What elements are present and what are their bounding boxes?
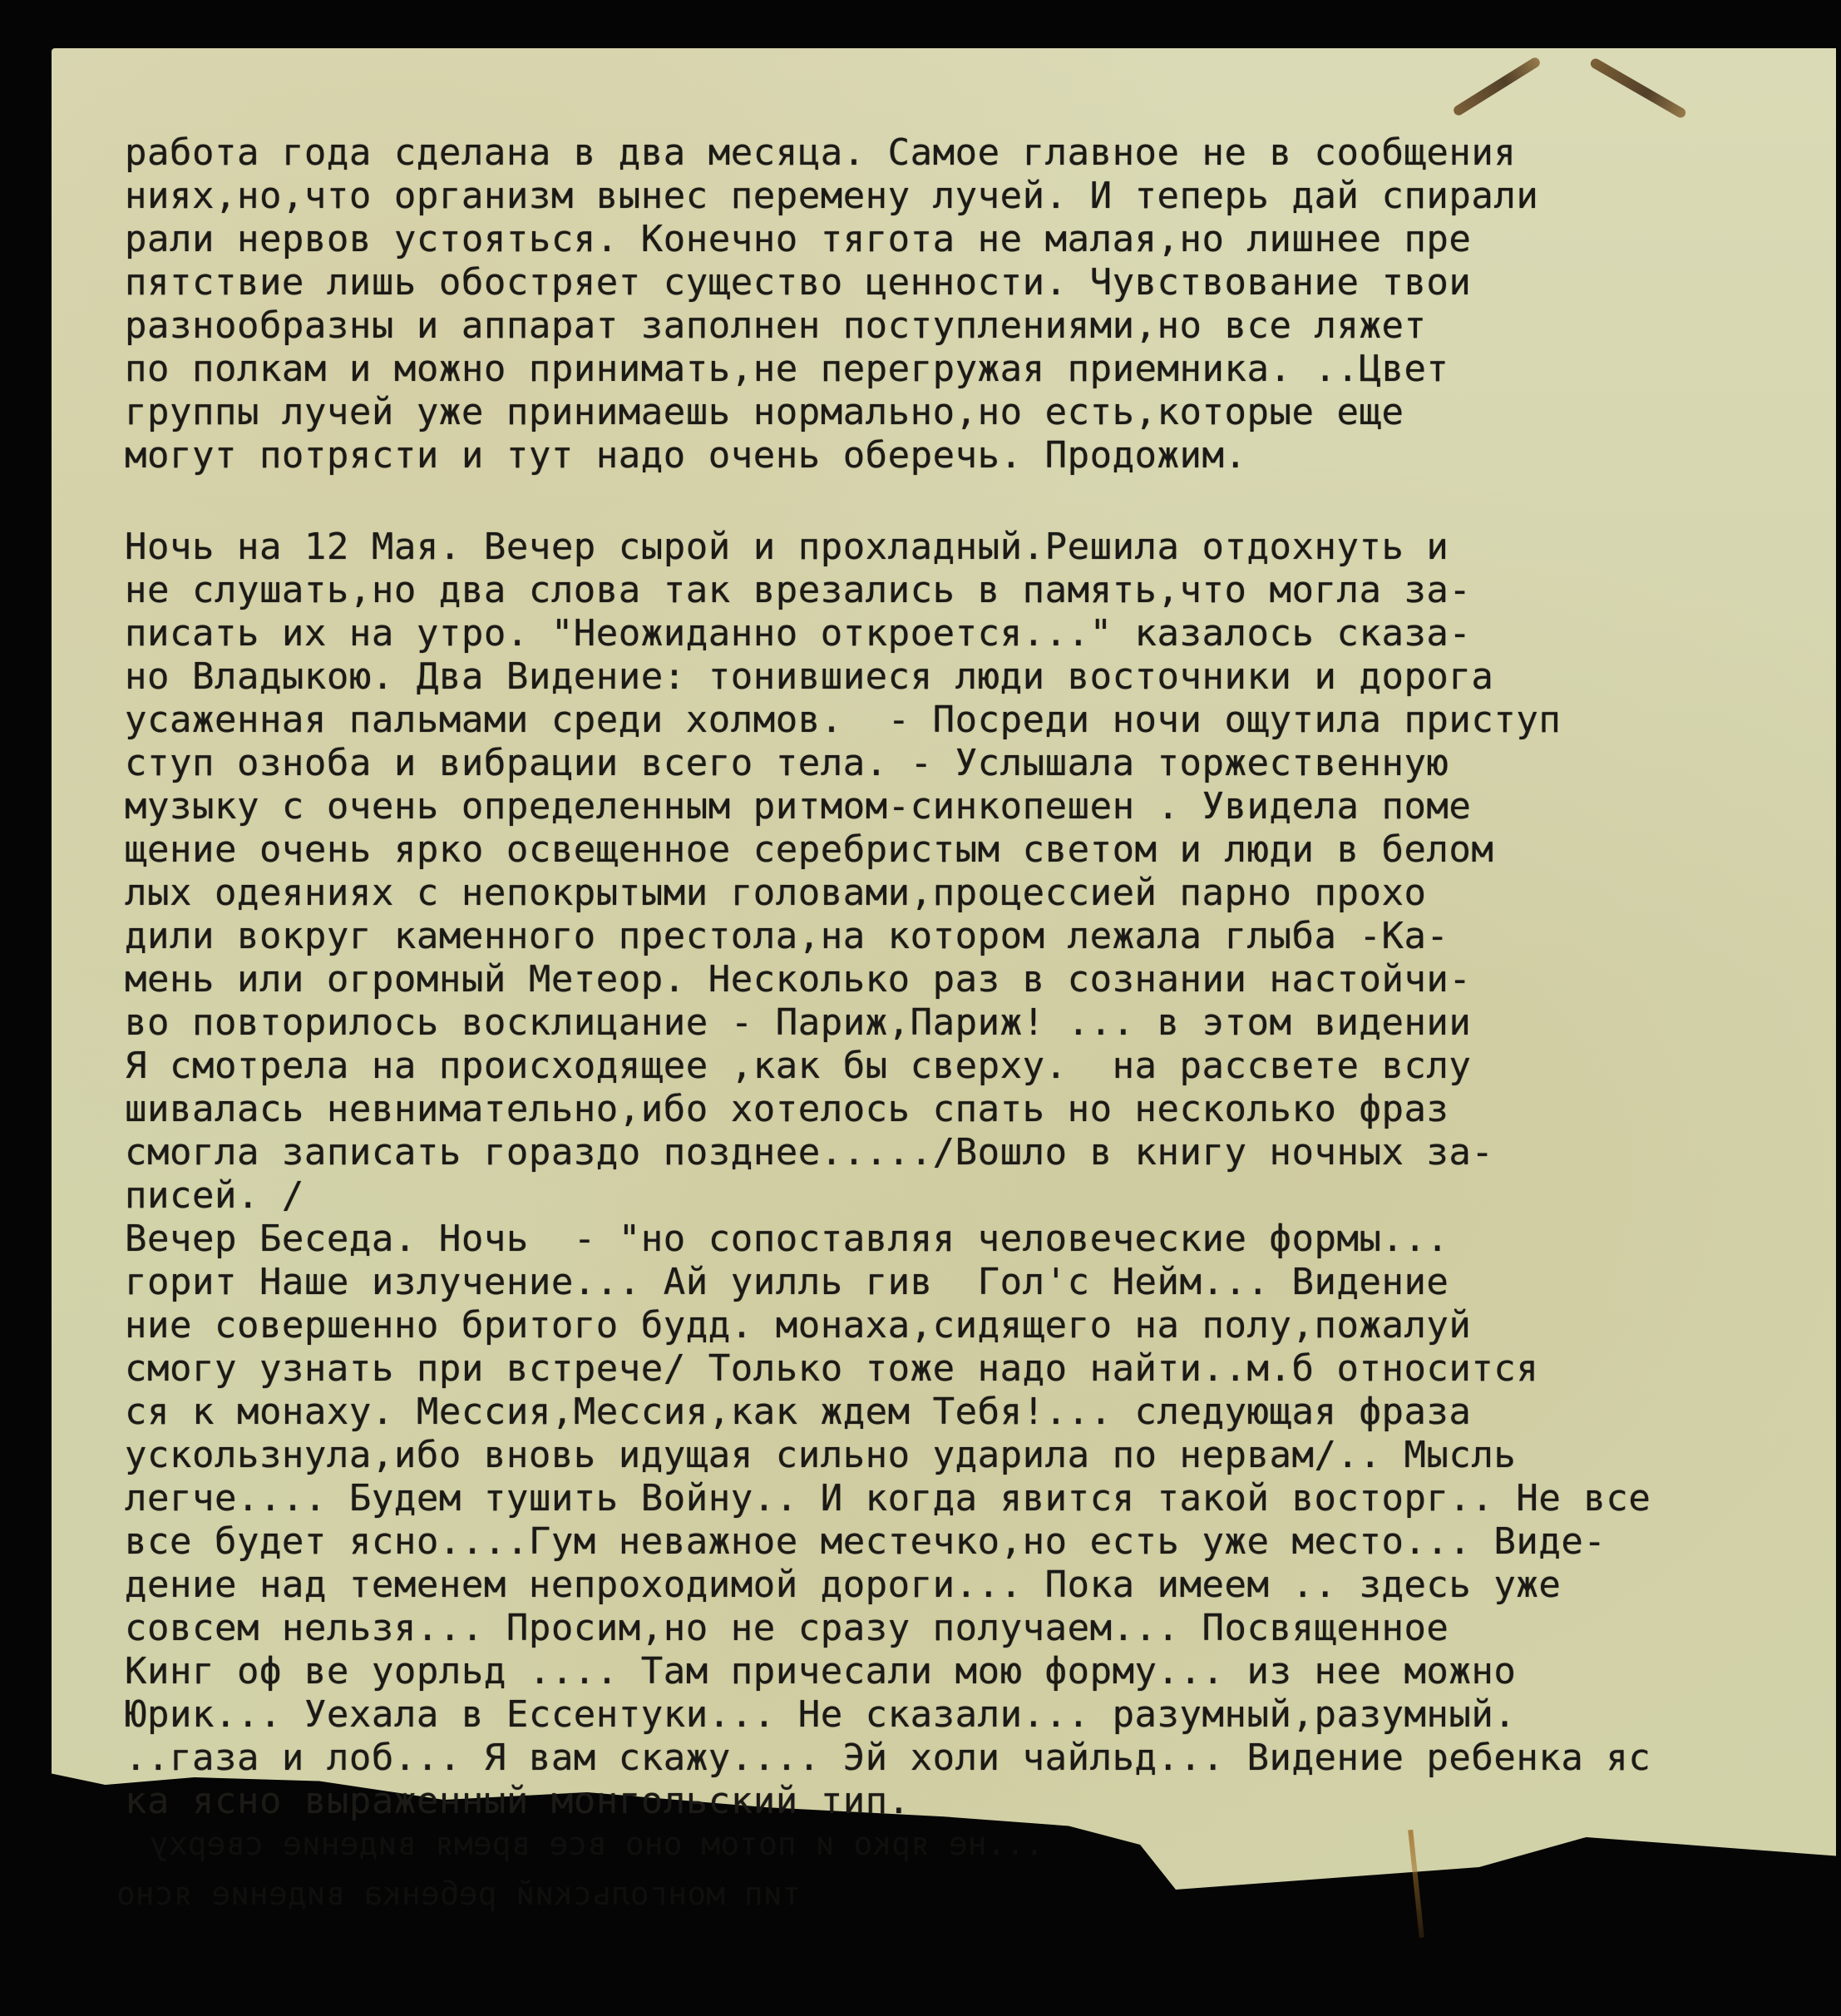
bleed-through-text-2: тип монгольский ребенка видение ясно <box>116 1875 802 1912</box>
text-line: группы лучей уже принимаешь нормально,но… <box>125 391 1788 434</box>
text-line: щение очень ярко освещенное серебристым … <box>125 828 1788 872</box>
text-line: писать их на утро. "Неожиданно откроется… <box>125 612 1788 655</box>
text-line: пятствие лишь обостряет существо ценност… <box>125 261 1788 304</box>
text-line: Кинг оф ве уорльд .... Там причесали мою… <box>125 1650 1788 1693</box>
text-line: могут потрясти и тут надо очень оберечь.… <box>125 434 1788 477</box>
text-line: Вечер Беседа. Ночь - "но сопоставляя чел… <box>125 1218 1788 1261</box>
text-line: работа года сделана в два месяца. Самое … <box>125 131 1788 175</box>
text-line: смогу узнать при встрече/ Только тоже на… <box>125 1347 1788 1391</box>
text-line: рали нервов устояться. Конечно тягота не… <box>125 218 1788 261</box>
text-line: Юрик... Уехала в Ессентуки... Не сказали… <box>125 1693 1788 1737</box>
text-line: лых одеяниях с непокрытыми головами,проц… <box>125 872 1788 915</box>
text-line: писей. / <box>125 1174 1788 1218</box>
text-line: музыку с очень определенным ритмом-синко… <box>125 785 1788 828</box>
text-line: во повторилось восклицание - Париж,Париж… <box>125 1001 1788 1045</box>
paragraph-1: работа года сделана в два месяца. Самое … <box>125 131 1788 477</box>
text-line: но Владыкою. Два Видение: тонившиеся люд… <box>125 655 1788 699</box>
text-line: ниях,но,что организм вынес перемену луче… <box>125 175 1788 218</box>
text-line: усаженная пальмами среди холмов. - Посре… <box>125 699 1788 742</box>
text-line: ка ясно выраженный монгольский тип. <box>125 1780 1788 1823</box>
text-line: ся к монаху. Мессия,Мессия,как ждем Тебя… <box>125 1391 1788 1434</box>
text-line: дение над теменем непроходимой дороги...… <box>125 1564 1788 1607</box>
text-line: разнообразны и аппарат заполнен поступле… <box>125 304 1788 348</box>
text-line: смогла записать гораздо позднее...../Вош… <box>125 1131 1788 1174</box>
text-line: горит Наше излучение... Ай уилль гив Гол… <box>125 1261 1788 1304</box>
text-line: ..газа и лоб... Я вам скажу.... Эй холи … <box>125 1737 1788 1780</box>
text-line: легче.... Будем тушить Войну.. И когда я… <box>125 1477 1788 1520</box>
text-line: все будет ясно....Гум неважное местечко,… <box>125 1520 1788 1564</box>
bleed-through-text-1: ...не ярко и потом оно все время видение… <box>150 1826 1044 1862</box>
typewritten-text: работа года сделана в два месяца. Самое … <box>125 131 1788 1823</box>
text-line: ступ озноба и вибрации всего тела. - Усл… <box>125 742 1788 785</box>
text-line: дили вокруг каменного престола,на которо… <box>125 915 1788 958</box>
text-line: Ночь на 12 Мая. Вечер сырой и прохладный… <box>125 526 1788 569</box>
text-line: мень или огромный Метеор. Несколько раз … <box>125 958 1788 1001</box>
text-line: ние совершенно бритого будд. монаха,сидя… <box>125 1304 1788 1347</box>
text-line: шивалась невнимательно,ибо хотелось спат… <box>125 1088 1788 1131</box>
paragraph-gap <box>125 477 1788 526</box>
text-line: совсем нельзя... Просим,но не сразу полу… <box>125 1607 1788 1650</box>
text-line: Я смотрела на происходящее ,как бы сверх… <box>125 1045 1788 1088</box>
paragraph-2: Ночь на 12 Мая. Вечер сырой и прохладный… <box>125 526 1788 1218</box>
text-line: ускользнула,ибо вновь идущая сильно удар… <box>125 1434 1788 1477</box>
text-line: не слушать,но два слова так врезались в … <box>125 569 1788 612</box>
text-line: по полкам и можно принимать,не перегружа… <box>125 348 1788 391</box>
paragraph-3: Вечер Беседа. Ночь - "но сопоставляя чел… <box>125 1218 1788 1823</box>
